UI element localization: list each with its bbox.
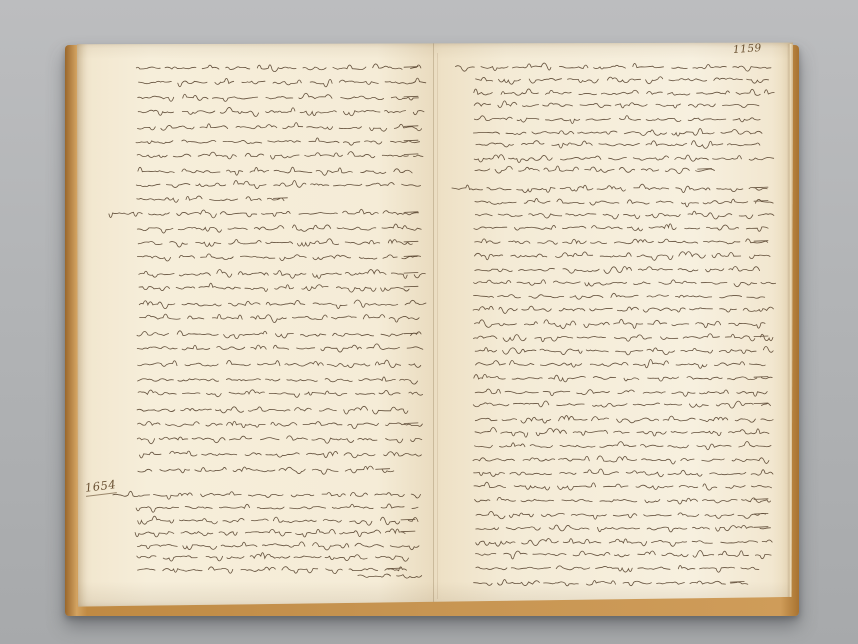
book-pages: 1654 1159 — [77, 42, 793, 610]
photo-background: 1654 1159 — [0, 0, 858, 644]
handwriting-text — [77, 42, 793, 610]
page-number: 1159 — [733, 42, 763, 56]
manuscript-book: 1654 1159 — [64, 40, 800, 616]
